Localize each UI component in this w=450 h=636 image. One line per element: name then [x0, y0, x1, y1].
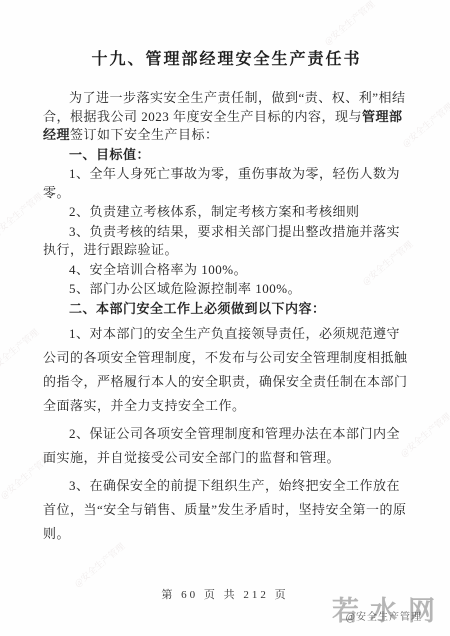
section1-item: 3、负责考核的结果，要求相关部门提出整改措施并落实执行，进行跟踪验证。: [43, 223, 410, 260]
section-targets: 为了进一步落实安全生产责任制，做到“责、权、利”相结合，根据我公司 2023 年…: [43, 89, 410, 318]
intro-paragraph: 为了进一步落实安全生产责任制，做到“责、权、利”相结合，根据我公司 2023 年…: [43, 89, 410, 145]
intro-text-pre: 为了进一步落实安全生产责任制，做到“责、权、利”相结合，根据我公司 2023 年…: [43, 90, 406, 124]
document-page: @安全生产管理 @安全生产管理 @安全生产管理 @安全生产管理 @安全生产管理 …: [0, 0, 450, 636]
intro-text-post: 签订如下安全生产目标：: [70, 127, 219, 142]
section2-item: 1、对本部门的安全生产负直接领导责任，必须规范遵守公司的各项安全管理制度，不发布…: [43, 322, 410, 418]
section1-item: 5、部门办公区域危险源控制率 100%。: [43, 280, 410, 299]
section-duties: 1、对本部门的安全生产负直接领导责任，必须规范遵守公司的各项安全管理制度，不发布…: [43, 322, 410, 546]
page-title: 十九、管理部经理安全生产责任书: [43, 46, 410, 69]
section2-heading: 二、本部门安全工作上必须做到以下内容：: [43, 300, 410, 319]
section2-item: 3、在确保安全的前提下组织生产，始终把安全工作放在首位，当“安全与销售、质量”发…: [43, 474, 410, 546]
handle-watermark: @安全生产管理: [346, 608, 422, 623]
section2-item: 2、保证公司各项安全管理制度和管理办法在本部门内全面实施，并自觉接受公司安全部门…: [43, 422, 410, 470]
diagonal-watermark: @安全生产管理: [71, 539, 127, 589]
section1-item: 2、负责建立考核体系，制定考核方案和考核细则: [43, 203, 410, 222]
diagonal-watermark: @安全生产管理: [321, 0, 377, 48]
section1-heading: 一、目标值：: [43, 146, 410, 165]
section1-item: 1、全年人身死亡事故为零，重伤事故为零，轻伤人数为零。: [43, 165, 410, 202]
section1-item: 4、安全培训合格率为 100%。: [43, 261, 410, 280]
diagonal-watermark: @安全生产管理: [0, 325, 41, 375]
diagonal-watermark: @安全生产管理: [0, 189, 45, 239]
document-content: 十九、管理部经理安全生产责任书 为了进一步落实安全生产责任制，做到“责、权、利”…: [43, 46, 410, 546]
